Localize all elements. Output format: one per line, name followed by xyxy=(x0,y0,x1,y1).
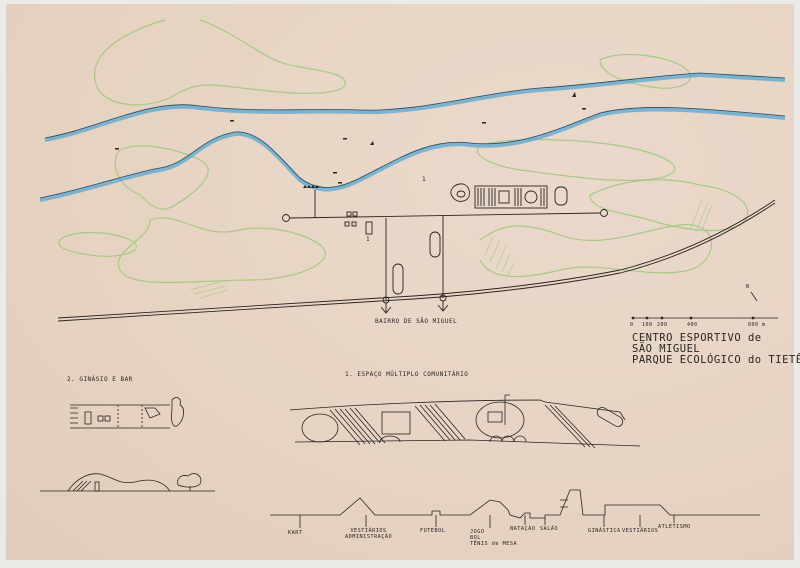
detail-1-title: 1. ESPAÇO MÚLTIPLO COMUNITÁRIO xyxy=(345,371,468,378)
neighborhood-label: BAIRRO DE SÃO MIGUEL xyxy=(375,318,457,325)
scale-tick-400: 400 xyxy=(687,322,698,328)
section-label-vestiarios-admin: VESTIÁRIOS ADMINISTRAÇÃO xyxy=(345,528,392,540)
long-section xyxy=(270,490,760,528)
section-label-ginastica: GINÁSTICA xyxy=(588,528,621,534)
detail-1-perspective xyxy=(290,395,640,448)
scale-tick-0: 0 xyxy=(630,322,634,328)
title-block: CENTRO ESPORTIVO de SÃO MIGUEL PARQUE EC… xyxy=(632,333,800,366)
detail-2-title: 2. GINÁSIO E BAR xyxy=(67,376,133,383)
scale-tick-800: 800 m xyxy=(748,322,766,328)
vegetation-outlines xyxy=(59,20,748,283)
scale-tick-100: 100 xyxy=(642,322,653,328)
site-marker-2: 1 xyxy=(366,236,370,243)
detail-2-plan xyxy=(70,398,184,428)
north-arrow-label: N xyxy=(746,284,750,290)
north-arrow-icon xyxy=(751,292,757,301)
scale-bar-graphic xyxy=(632,317,778,319)
roads xyxy=(58,190,775,321)
section-label-natacao: NATAÇÃO xyxy=(510,526,535,532)
section-label-kart: KART xyxy=(288,530,303,536)
detail-2-section xyxy=(40,474,215,491)
vegetation-hatching xyxy=(190,200,712,298)
section-label-atletismo: ATLETISMO xyxy=(658,524,691,530)
site-buildings xyxy=(345,184,567,294)
scale-tick-200: 200 xyxy=(657,322,668,328)
section-label-vestiarios: VESTIÁRIOS xyxy=(622,528,658,534)
site-marker-1: 1 xyxy=(422,176,426,183)
site-drawing xyxy=(0,0,800,568)
title-line-3: PARQUE ECOLÓGICO do TIETÊ xyxy=(632,355,800,366)
section-label-salao: SALÃO xyxy=(540,526,558,532)
section-label-futebol: FUTEBOL xyxy=(420,528,445,534)
